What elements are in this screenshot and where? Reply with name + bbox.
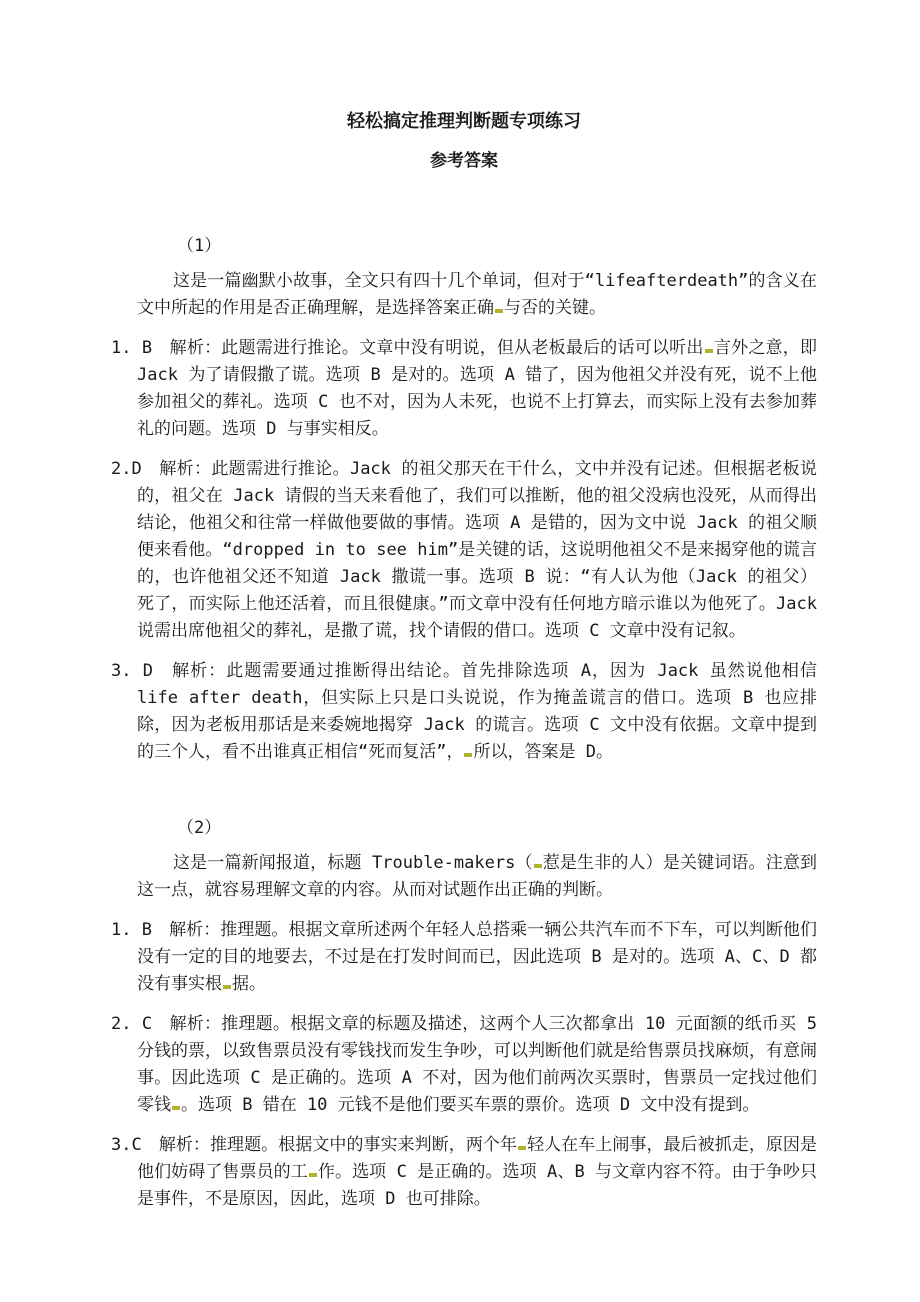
section-1-intro-paragraph: 这是一篇幽默小故事，全文只有四十几个单词，但对于“lifeafterdeath”… <box>111 268 817 322</box>
section-1-answer-item-2: 2.D 解析：此题需进行推论。Jack 的祖父那天在干什么，文中并没有记述。但根… <box>111 456 817 645</box>
document-subtitle: 参考答案 <box>111 148 817 175</box>
proofing-mark <box>172 1106 180 1110</box>
proofing-mark <box>705 349 713 353</box>
proofing-mark <box>309 1173 317 1177</box>
proofing-mark <box>495 309 503 313</box>
proofing-mark <box>223 985 231 989</box>
proofing-mark <box>534 864 542 868</box>
section-2-answer-item-1: 1. B 解析：推理题。根据文章所述两个年轻人总搭乘一辆公共汽车而不下车，可以判… <box>111 917 817 998</box>
section-2-answer-item-3: 3.C 解析：推理题。根据文中的事实来判断，两个年轻人在车上闹事，最后被抓走，原… <box>111 1132 817 1213</box>
section-1-answer-item-3: 3. D 解析：此题需要通过推断得出结论。首先排除选项 A，因为 Jack 虽然… <box>111 658 817 766</box>
document-title: 轻松搞定推理判断题专项练习 <box>111 108 817 135</box>
section-2-intro-paragraph: 这是一篇新闻报道，标题 Trouble-makers（惹是生非的人）是关键词语。… <box>111 850 817 904</box>
document-page: 轻松搞定推理判断题专项练习 参考答案 （1） 这是一篇幽默小故事，全文只有四十几… <box>0 0 920 1302</box>
proofing-mark <box>518 1146 526 1150</box>
section-2-marker: （2） <box>151 815 817 842</box>
section-1-answer-item-1: 1. B 解析：此题需进行推论。文章中没有明说，但从老板最后的话可以听出言外之意… <box>111 335 817 443</box>
section-2: （2） 这是一篇新闻报道，标题 Trouble-makers（惹是生非的人）是关… <box>111 815 817 1213</box>
section-1: （1） 这是一篇幽默小故事，全文只有四十几个单词，但对于“lifeafterde… <box>111 233 817 766</box>
proofing-mark <box>464 753 472 757</box>
section-1-marker: （1） <box>151 233 817 260</box>
section-2-answer-item-2: 2. C 解析：推理题。根据文章的标题及描述，这两个人三次都拿出 10 元面额的… <box>111 1011 817 1119</box>
